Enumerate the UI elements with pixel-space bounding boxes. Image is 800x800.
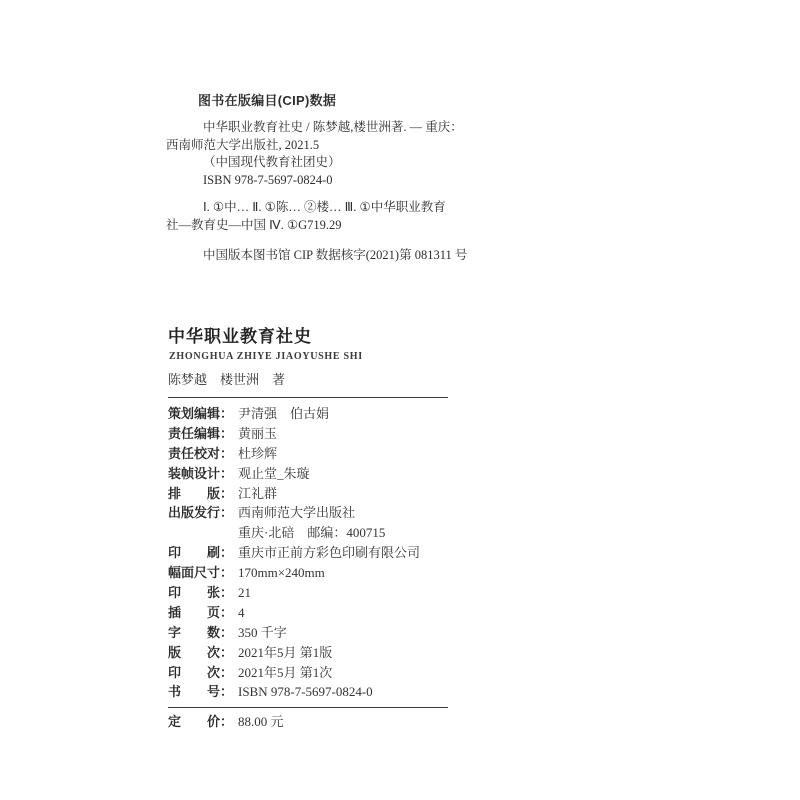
- cip-registry-number: 中国版本图书馆 CIP 数据核字(2021)第 081311 号: [203, 245, 467, 263]
- colophon-label: 策划编辑：: [168, 404, 238, 424]
- colophon-label: 插 页：: [168, 603, 238, 623]
- colophon-label: 责任编辑：: [168, 424, 238, 444]
- colophon-label: 幅面尺寸：: [168, 563, 238, 583]
- colophon-row: 重庆·北碚 邮编：400715: [168, 523, 466, 543]
- colophon-row: 版 次： 2021年5月 第1版: [168, 643, 466, 663]
- colophon-label: 书 号：: [168, 682, 238, 702]
- colophon-value: 江礼群: [238, 484, 277, 504]
- book-authors: 陈梦越 楼世洲 著: [168, 369, 285, 388]
- colophon-value: 黄丽玉: [238, 424, 277, 444]
- colophon-row: 出版发行： 西南师范大学出版社: [168, 503, 466, 523]
- colophon-label: 装帧设计：: [168, 464, 238, 484]
- cip-class-line: Ⅰ. ①中… Ⅱ. ①陈… ②楼… Ⅲ. ①中华职业教育: [166, 198, 466, 216]
- cip-paragraph: 中华职业教育社史 / 陈梦越,楼世洲著. — 重庆： 西南师范大学出版社, 20…: [166, 119, 466, 189]
- colophon-row: 印 刷： 重庆市正前方彩色印刷有限公司: [168, 543, 466, 563]
- divider-rule-top: [168, 397, 448, 398]
- colophon-value: ISBN 978-7-5697-0824-0: [238, 682, 373, 702]
- colophon-row: 责任校对： 杜珍辉: [168, 444, 466, 464]
- colophon-row: 印 次： 2021年5月 第1次: [168, 663, 466, 683]
- cip-header: 图书在版编目(CIP)数据: [198, 90, 336, 109]
- colophon-value: 重庆·北碚 邮编：400715: [238, 523, 385, 543]
- colophon-value: 350 千字: [238, 623, 287, 643]
- colophon-value: 2021年5月 第1次: [238, 663, 332, 683]
- colophon-row: 插 页： 4: [168, 603, 466, 623]
- price-value: 88.00 元: [238, 712, 284, 732]
- price-label: 定 价：: [168, 712, 238, 732]
- colophon-value: 西南师范大学出版社: [238, 503, 355, 523]
- colophon-label: 责任校对：: [168, 444, 238, 464]
- colophon-label: 出版发行：: [168, 503, 238, 523]
- colophon-value: 尹清强 伯古娟: [238, 404, 329, 424]
- colophon-value: 21: [238, 583, 251, 603]
- cip-classification: Ⅰ. ①中… Ⅱ. ①陈… ②楼… Ⅲ. ①中华职业教育 社—教育史—中国 Ⅳ.…: [166, 198, 466, 234]
- colophon-value: 170mm×240mm: [238, 563, 325, 583]
- colophon-label: [168, 523, 238, 543]
- colophon-row: 排 版： 江礼群: [168, 484, 466, 504]
- book-title-pinyin: ZHONGHUA ZHIYE JIAOYUSHE SHI: [169, 351, 363, 362]
- colophon-value: 重庆市正前方彩色印刷有限公司: [238, 543, 420, 563]
- colophon-row: 策划编辑： 尹清强 伯古娟: [168, 404, 466, 424]
- colophon-row: 字 数： 350 千字: [168, 623, 466, 643]
- cip-line: ISBN 978-7-5697-0824-0: [166, 172, 466, 190]
- cip-class-line: 社—教育史—中国 Ⅳ. ①G719.29: [166, 216, 466, 234]
- colophon-value: 2021年5月 第1版: [238, 643, 332, 663]
- colophon-row: 幅面尺寸： 170mm×240mm: [168, 563, 466, 583]
- cip-line: 中华职业教育社史 / 陈梦越,楼世洲著. — 重庆：: [166, 119, 466, 137]
- divider-rule-bottom: [168, 707, 448, 708]
- book-title: 中华职业教育社史: [168, 322, 312, 347]
- colophon-label: 字 数：: [168, 623, 238, 643]
- colophon-label: 印 次：: [168, 663, 238, 683]
- colophon-label: 排 版：: [168, 484, 238, 504]
- colophon-label: 印 张：: [168, 583, 238, 603]
- colophon-row: 书 号： ISBN 978-7-5697-0824-0: [168, 682, 466, 702]
- colophon-value: 杜珍辉: [238, 444, 277, 464]
- colophon-row: 印 张： 21: [168, 583, 466, 603]
- copyright-page: 图书在版编目(CIP)数据 中华职业教育社史 / 陈梦越,楼世洲著. — 重庆：…: [166, 0, 466, 800]
- colophon-label: 印 刷：: [168, 543, 238, 563]
- cip-line: （中国现代教育社团史）: [166, 154, 466, 172]
- colophon-row: 责任编辑： 黄丽玉: [168, 424, 466, 444]
- colophon-value: 观止堂_朱璇: [238, 464, 310, 484]
- colophon-row: 装帧设计： 观止堂_朱璇: [168, 464, 466, 484]
- price-row: 定 价： 88.00 元: [168, 712, 466, 732]
- colophon-value: 4: [238, 603, 245, 623]
- colophon-label: 版 次：: [168, 643, 238, 663]
- colophon: 策划编辑： 尹清强 伯古娟 责任编辑： 黄丽玉 责任校对： 杜珍辉 装帧设计： …: [168, 404, 466, 702]
- cip-line: 西南师范大学出版社, 2021.5: [166, 137, 466, 155]
